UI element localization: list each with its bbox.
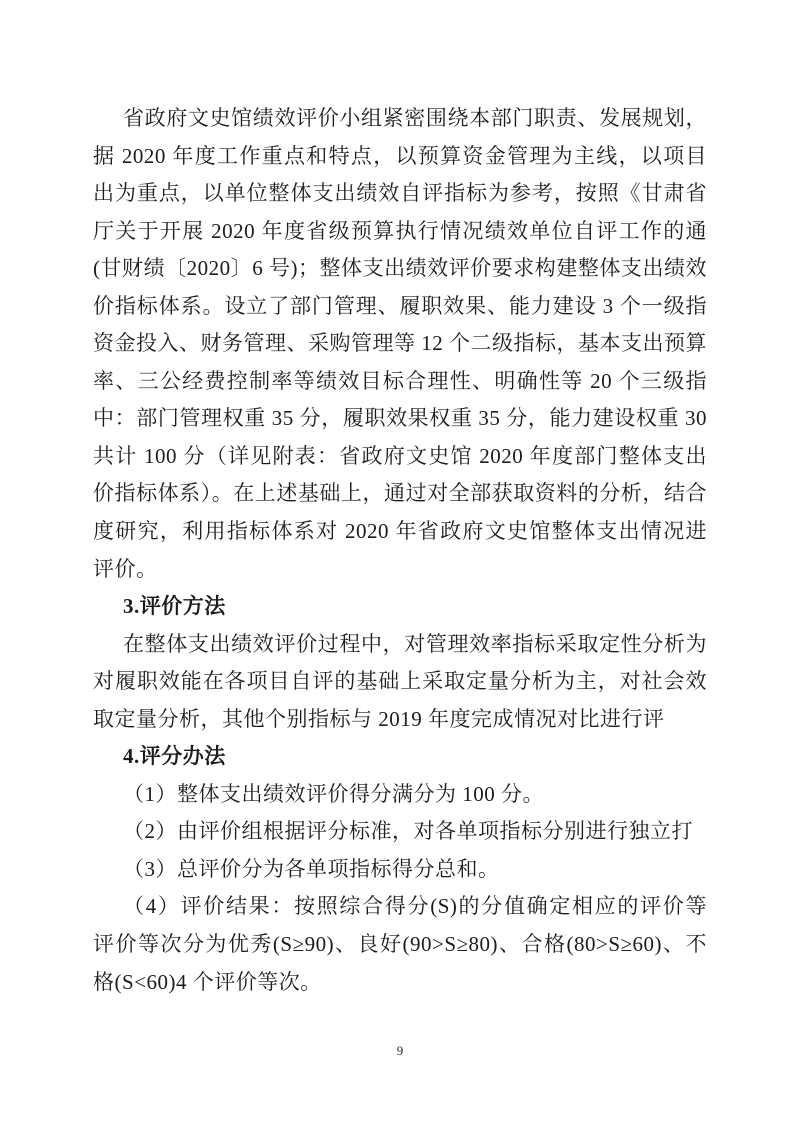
text-line: 资金投入、财务管理、采购管理等 12 个二级指标，基本支出预算执行: [93, 325, 707, 363]
document-body: 省政府文史馆绩效评价小组紧密围绕本部门职责、发展规划，根 据 2020 年度工作…: [93, 100, 707, 1001]
text-line: 中：部门管理权重 35 分，履职效果权重 35 分，能力建设权重 30 分，: [93, 400, 707, 438]
text-line: 省政府文史馆绩效评价小组紧密围绕本部门职责、发展规划，根: [93, 100, 707, 138]
text-line: 据 2020 年度工作重点和特点，以预算资金管理为主线，以项目经费支: [93, 138, 707, 176]
scoring-item-3: （3）总评价分为各单项指标得分总和。: [93, 851, 707, 889]
scoring-item-2: （2）由评价组根据评分标准，对各单项指标分别进行独立打分。: [93, 813, 707, 851]
text-line: 价指标体系。设立了部门管理、履职效果、能力建设 3 个一级指标，: [93, 288, 707, 326]
text-line: 厅关于开展 2020 年度省级预算执行情况绩效单位自评工作的通知》: [93, 213, 707, 251]
text-line: 出为重点，以单位整体支出绩效自评指标为参考，按照《甘肃省财政: [93, 175, 707, 213]
text-line: 价指标体系）。在上述基础上，通过对全部获取资料的分析，结合制: [93, 475, 707, 513]
text-line: 在整体支出绩效评价过程中，对管理效率指标采取定性分析为主，: [93, 626, 707, 664]
heading-scoring-method: 4.评分办法: [93, 738, 707, 776]
text-line: 取定量分析，其他个别指标与 2019 年度完成情况对比进行评价。: [93, 701, 707, 739]
text-line: 对履职效能在各项目自评的基础上采取定量分析为主，对社会效益采: [93, 663, 707, 701]
scoring-item-1: （1）整体支出绩效评价得分满分为 100 分。: [93, 776, 707, 814]
paragraph-evaluation-method: 在整体支出绩效评价过程中，对管理效率指标采取定性分析为主， 对履职效能在各项目自…: [93, 626, 707, 739]
document-page: 省政府文史馆绩效评价小组紧密围绕本部门职责、发展规划，根 据 2020 年度工作…: [0, 0, 800, 1131]
text-line: 评价。: [93, 551, 707, 589]
text-line: (甘财绩〔2020〕6 号)；整体支出绩效评价要求构建整体支出绩效评: [93, 250, 707, 288]
scoring-item-4: （4）评价结果：按照综合得分(S)的分值确定相应的评价等次， 评价等次分为优秀(…: [93, 888, 707, 1001]
text-line: （4）评价结果：按照综合得分(S)的分值确定相应的评价等次，: [93, 888, 707, 926]
text-line: 度研究，利用指标体系对 2020 年省政府文史馆整体支出情况进行绩效: [93, 513, 707, 551]
page-number: 9: [0, 1042, 800, 1060]
text-line: 格(S<60)4 个评价等次。: [93, 964, 707, 1002]
heading-evaluation-method: 3.评价方法: [93, 588, 707, 626]
text-line: 共计 100 分（详见附表：省政府文史馆 2020 年度部门整体支出绩效评: [93, 438, 707, 476]
text-line: 率、三公经费控制率等绩效目标合理性、明确性等 20 个三级指标。其: [93, 363, 707, 401]
text-line: 评价等次分为优秀(S≥90)、良好(90>S≥80)、合格(80>S≥60)、不…: [93, 926, 707, 964]
paragraph-evaluation-basis: 省政府文史馆绩效评价小组紧密围绕本部门职责、发展规划，根 据 2020 年度工作…: [93, 100, 707, 588]
